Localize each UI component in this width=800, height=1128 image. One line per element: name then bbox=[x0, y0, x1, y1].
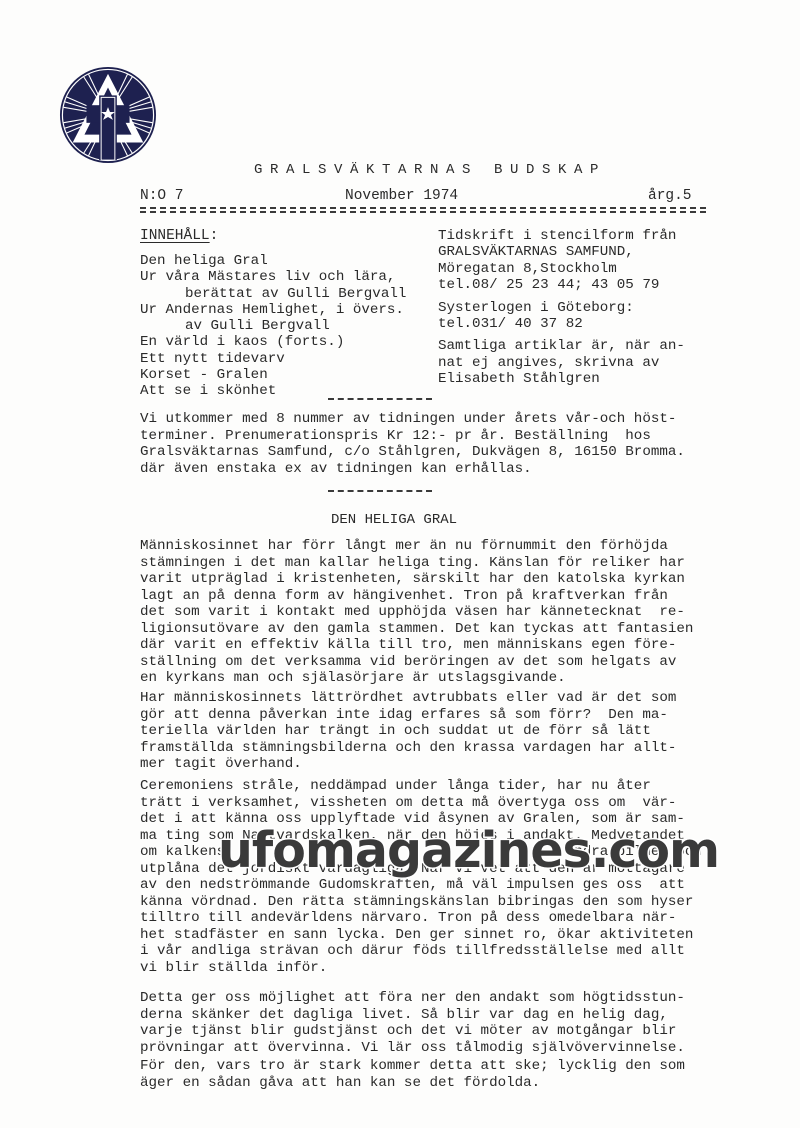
info-line: Systerlogen i Göteborg: bbox=[438, 300, 685, 316]
contents-item: Den heliga Gral bbox=[140, 253, 406, 269]
text-line: det som varit i kontakt med upphöjda väs… bbox=[140, 604, 693, 621]
text-line: ligionsutövare av den gamla stammen. Det… bbox=[140, 621, 693, 638]
contents-heading: INNEHÅLL: bbox=[140, 228, 218, 244]
contents-item: av Gulli Bergvall bbox=[140, 318, 406, 334]
text-line: mer tagit överhand. bbox=[140, 756, 676, 773]
double-rule-divider bbox=[140, 204, 706, 216]
text-line: av den nedströmmande Gudomskraften, må v… bbox=[140, 877, 702, 894]
publisher-info: Tidskrift i stencilform frånGRALSVÄKTARN… bbox=[438, 228, 685, 394]
contents-item: Ur våra Mästares liv och lära, bbox=[140, 269, 406, 285]
article-paragraph: Har människosinnets lättrördhet avtrubba… bbox=[140, 690, 676, 773]
text-line: tilltro till andevärldens närvaro. Tron … bbox=[140, 910, 702, 927]
text-line: vi blir ställda inför. bbox=[140, 960, 702, 977]
text-line: Vi utkommer med 8 nummer av tidningen un… bbox=[140, 411, 685, 428]
text-line: gör att denna påverkan inte idag erfares… bbox=[140, 707, 676, 724]
contents-item: En värld i kaos (forts.) bbox=[140, 334, 406, 350]
text-line: prövningar att övervinna. Vi lär oss tål… bbox=[140, 1040, 685, 1057]
volume-number: årg.5 bbox=[648, 188, 692, 204]
info-line: Möregatan 8,Stockholm bbox=[438, 261, 685, 277]
text-line: teriella världen har trängt in och sudda… bbox=[140, 723, 676, 740]
article-paragraph: Människosinnet har förr långt mer än nu … bbox=[140, 538, 693, 687]
article-paragraph: Detta ger oss möjlighet att föra ner den… bbox=[140, 990, 685, 1056]
text-line: ställning om det verksamma vid beröringe… bbox=[140, 654, 693, 671]
text-line: där varit en effektiv källa till tro, me… bbox=[140, 637, 693, 654]
text-line: Gralsväktarnas Samfund, c/o Ståhlgren, D… bbox=[140, 444, 685, 461]
article-paragraph: För den, vars tro är stark kommer detta … bbox=[140, 1058, 685, 1091]
text-line: het stadfäster en sann lycka. Den ger si… bbox=[140, 927, 702, 944]
text-line: För den, vars tro är stark kommer detta … bbox=[140, 1058, 685, 1075]
contents-item: berättat av Gulli Bergvall bbox=[140, 286, 406, 302]
text-line: Människosinnet har förr långt mer än nu … bbox=[140, 538, 693, 555]
text-line: i vår andliga strävan och därur föds til… bbox=[140, 943, 702, 960]
info-group: Systerlogen i Göteborg:tel.031/ 40 37 82 bbox=[438, 300, 685, 333]
text-line: Ceremoniens stråle, neddämpad under lång… bbox=[140, 778, 702, 795]
info-line: tel.031/ 40 37 82 bbox=[438, 316, 685, 332]
issue-date: November 1974 bbox=[345, 188, 458, 204]
text-line: lagt an på denna form av hängivenhet. Tr… bbox=[140, 588, 693, 605]
info-line: Elisabeth Ståhlgren bbox=[438, 371, 685, 387]
info-line: Tidskrift i stencilform från bbox=[438, 228, 685, 244]
contents-list: Den heliga GralUr våra Mästares liv och … bbox=[140, 253, 406, 400]
info-line: GRALSVÄKTARNAS SAMFUND, bbox=[438, 244, 685, 260]
text-line: framställda stämningsbilderna och den kr… bbox=[140, 740, 676, 757]
document-page: GRALSVÄKTARNAS BUDSKAP N:O 7 November 19… bbox=[0, 0, 800, 1128]
info-line: nat ej angives, skrivna av bbox=[438, 355, 685, 371]
dash-divider bbox=[328, 490, 432, 492]
article-title: DEN HELIGA GRAL bbox=[331, 512, 457, 528]
info-line: Samtliga artiklar är, när an- bbox=[438, 338, 685, 354]
text-line: derna skänker det dagliga livet. Så blir… bbox=[140, 1007, 685, 1024]
text-line: äger en sådan gåva att han kan se det fö… bbox=[140, 1075, 685, 1092]
text-line: Detta ger oss möjlighet att föra ner den… bbox=[140, 990, 685, 1007]
text-line: Har människosinnets lättrördhet avtrubba… bbox=[140, 690, 676, 707]
contents-item: Ur Andernas Hemlighet, i övers. bbox=[140, 302, 406, 318]
gralsvaktarna-emblem-icon bbox=[59, 66, 157, 164]
text-line: trätt i verksamhet, vissheten om detta m… bbox=[140, 795, 702, 812]
masthead-title: GRALSVÄKTARNAS BUDSKAP bbox=[254, 162, 606, 178]
text-line: terminer. Prenumerationspris Kr 12:- pr … bbox=[140, 428, 685, 445]
info-group: Samtliga artiklar är, när an-nat ej angi… bbox=[438, 338, 685, 387]
text-line: känna vördnad. Den rätta stämningskänsla… bbox=[140, 894, 702, 911]
text-line: där även enstaka ex av tidningen kan erh… bbox=[140, 461, 685, 478]
contents-item: Ett nytt tidevarv bbox=[140, 351, 406, 367]
issue-number: N:O 7 bbox=[140, 188, 184, 204]
subscription-notice: Vi utkommer med 8 nummer av tidningen un… bbox=[140, 411, 685, 477]
text-line: stämningen i det man kallar heliga ting.… bbox=[140, 555, 693, 572]
text-line: varit utpräglad i kristenheten, särskilt… bbox=[140, 571, 693, 588]
text-line: varje tjänst blir gudstjänst och det vi … bbox=[140, 1023, 685, 1040]
info-line: tel.08/ 25 23 44; 43 05 79 bbox=[438, 277, 685, 293]
dash-divider bbox=[328, 398, 432, 400]
watermark-text: ufomagazines.com bbox=[218, 822, 719, 879]
info-group: Tidskrift i stencilform frånGRALSVÄKTARN… bbox=[438, 228, 685, 294]
text-line: en kyrkans man och själasörjare är utsla… bbox=[140, 670, 693, 687]
contents-item: Korset - Gralen bbox=[140, 367, 406, 383]
